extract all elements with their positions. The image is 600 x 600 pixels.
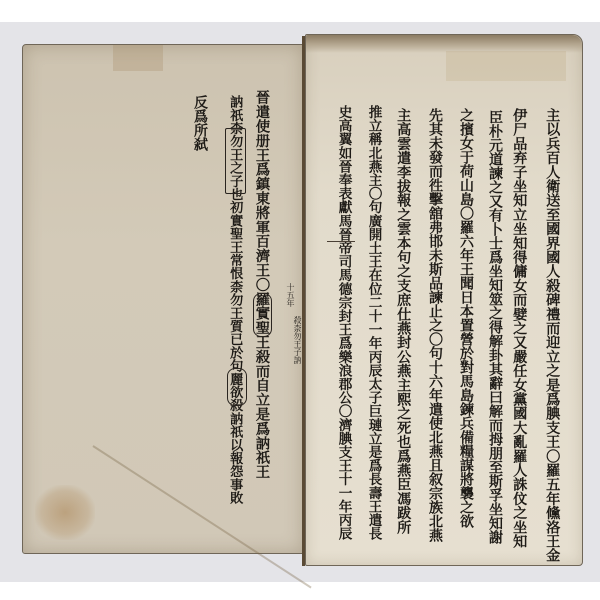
- right-page-column-2: 伊尸品弃子坐知立坐知得傭女而嬖之又嚴任女黨國大亂羅人誅伩之坐知: [512, 108, 526, 548]
- open-book: 晉遣使册王爲鎮東將軍百濟王〇羅實聖王殺而自立是爲訥祇王 十五年 殺柰勿王子訥 訥…: [0, 0, 600, 600]
- left-page-column-3: 反爲所弑: [193, 95, 207, 151]
- boxed-phrase-marker: [227, 368, 247, 406]
- left-page-interlinear-note-2: 殺柰勿王子訥: [293, 316, 301, 364]
- right-page-column-5: 先其未發而徃擊舘弗邯未斯品諫止之〇句十六年遣使北燕且叙宗族北燕: [428, 108, 442, 542]
- right-page-column-8: 史高翼如晉奉表獻馬晉帝司馬德宗封王爲樂浪郡公〇濟腆支王十一年丙辰: [336, 105, 350, 540]
- right-page-column-4: 之擯女于荷山島〇羅六年王聞日本置營於對馬島鍊兵備糧謀將襲之欲: [459, 108, 473, 528]
- boxed-phrase-marker: [225, 128, 246, 194]
- left-page-interlinear-note-1: 十五年: [286, 283, 294, 307]
- water-stain: [35, 485, 95, 540]
- left-page-column-1: 晉遣使册王爲鎮東將軍百濟王〇羅實聖王殺而自立是爲訥祇王: [254, 90, 268, 479]
- right-page-column-3: 臣朴元道諫之又有卜士爲坐知筮之得解卦其辭曰解而拇朋至斯孚坐知謝: [488, 110, 502, 544]
- annotation-stroke: [327, 241, 355, 242]
- right-page-column-7: 推立稱北燕主〇句廣開土王在位二十一年丙辰太子巨璉立是爲長壽王遣長: [366, 105, 380, 540]
- page-fold-crease: [92, 445, 311, 588]
- paper-stain: [113, 45, 163, 71]
- paper-stain: [446, 51, 566, 81]
- boxed-phrase-marker: [253, 293, 272, 337]
- right-page-column-6: 主高雲遣李拔報之雲本句之支庶仕燕封公燕主熙之死也爲燕臣馮跋所: [396, 108, 410, 534]
- right-page-column-1: 主以兵百人衛送至國界國人殺碑禮而迎立之是爲腆支王〇羅五年儵洛王金: [545, 108, 559, 562]
